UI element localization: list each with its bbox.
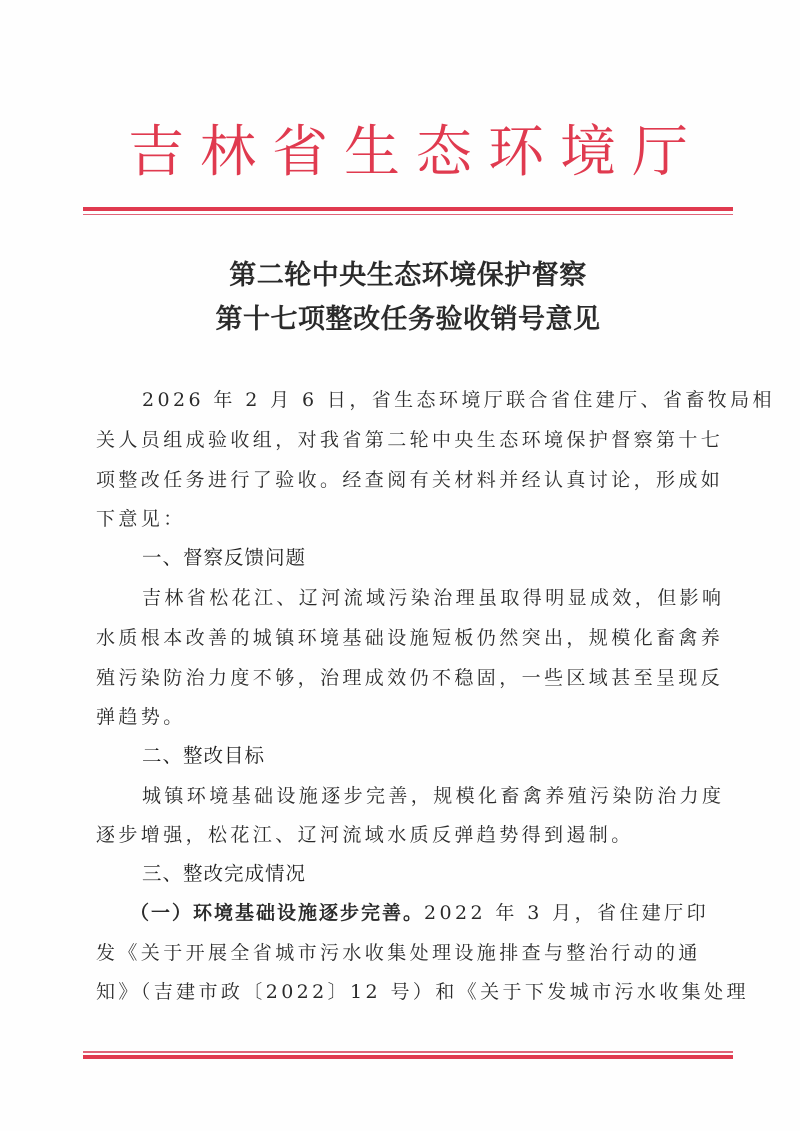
section-1-line-4: 弹趋势。 — [96, 698, 186, 736]
section-2-line-1: 城镇环境基础设施逐步完善，规模化畜禽养殖污染防治力度 — [142, 777, 724, 815]
intro-line-1: 2026 年 2 月 6 日，省生态环境厅联合省住建厅、省畜牧局相 — [142, 381, 775, 419]
intro-line-3: 项整改任务进行了验收。经查阅有关材料并经认真讨论，形成如 — [96, 461, 723, 499]
section-heading-2: 二、整改目标 — [142, 737, 265, 775]
section-2-line-2: 逐步增强，松花江、辽河流域水质反弹趋势得到遏制。 — [96, 816, 634, 854]
section-1-line-1: 吉林省松花江、辽河流域污染治理虽取得明显成效，但影响 — [142, 579, 724, 617]
document-body: 2026 年 2 月 6 日，省生态环境厅联合省住建厅、省畜牧局相 关人员组成验… — [96, 0, 716, 1131]
footer-rule-thick — [83, 1055, 733, 1059]
section-heading-3: 三、整改完成情况 — [142, 855, 306, 893]
intro-line-2: 关人员组成验收组，对我省第二轮中央生态环境保护督察第十七 — [96, 421, 723, 459]
subsection-1-heading: （一）环境基础设施逐步完善。 — [130, 902, 424, 924]
subsection-1-first-line: （一）环境基础设施逐步完善。2022 年 3 月，省住建厅印 — [130, 894, 709, 932]
section-heading-1: 一、督察反馈问题 — [142, 539, 306, 577]
subsection-1-line-3: 知》（吉建市政〔2022〕12 号）和《关于下发城市污水收集处理 — [96, 973, 749, 1011]
footer-rule-thin — [83, 1051, 733, 1053]
document-page: 吉林省生态环境厅 第二轮中央生态环境保护督察 第十七项整改任务验收销号意见 20… — [0, 0, 800, 1131]
intro-line-4: 下意见： — [96, 500, 186, 538]
subsection-1-first-line-text: 2022 年 3 月，省住建厅印 — [424, 902, 709, 924]
subsection-1-line-2: 发《关于开展全省城市污水收集处理设施排查与整治行动的通 — [96, 934, 701, 972]
section-1-line-2: 水质根本改善的城镇环境基础设施短板仍然突出，规模化畜禽养 — [96, 619, 723, 657]
section-1-line-3: 殖污染防治力度不够，治理成效仍不稳固，一些区域甚至呈现反 — [96, 659, 723, 697]
